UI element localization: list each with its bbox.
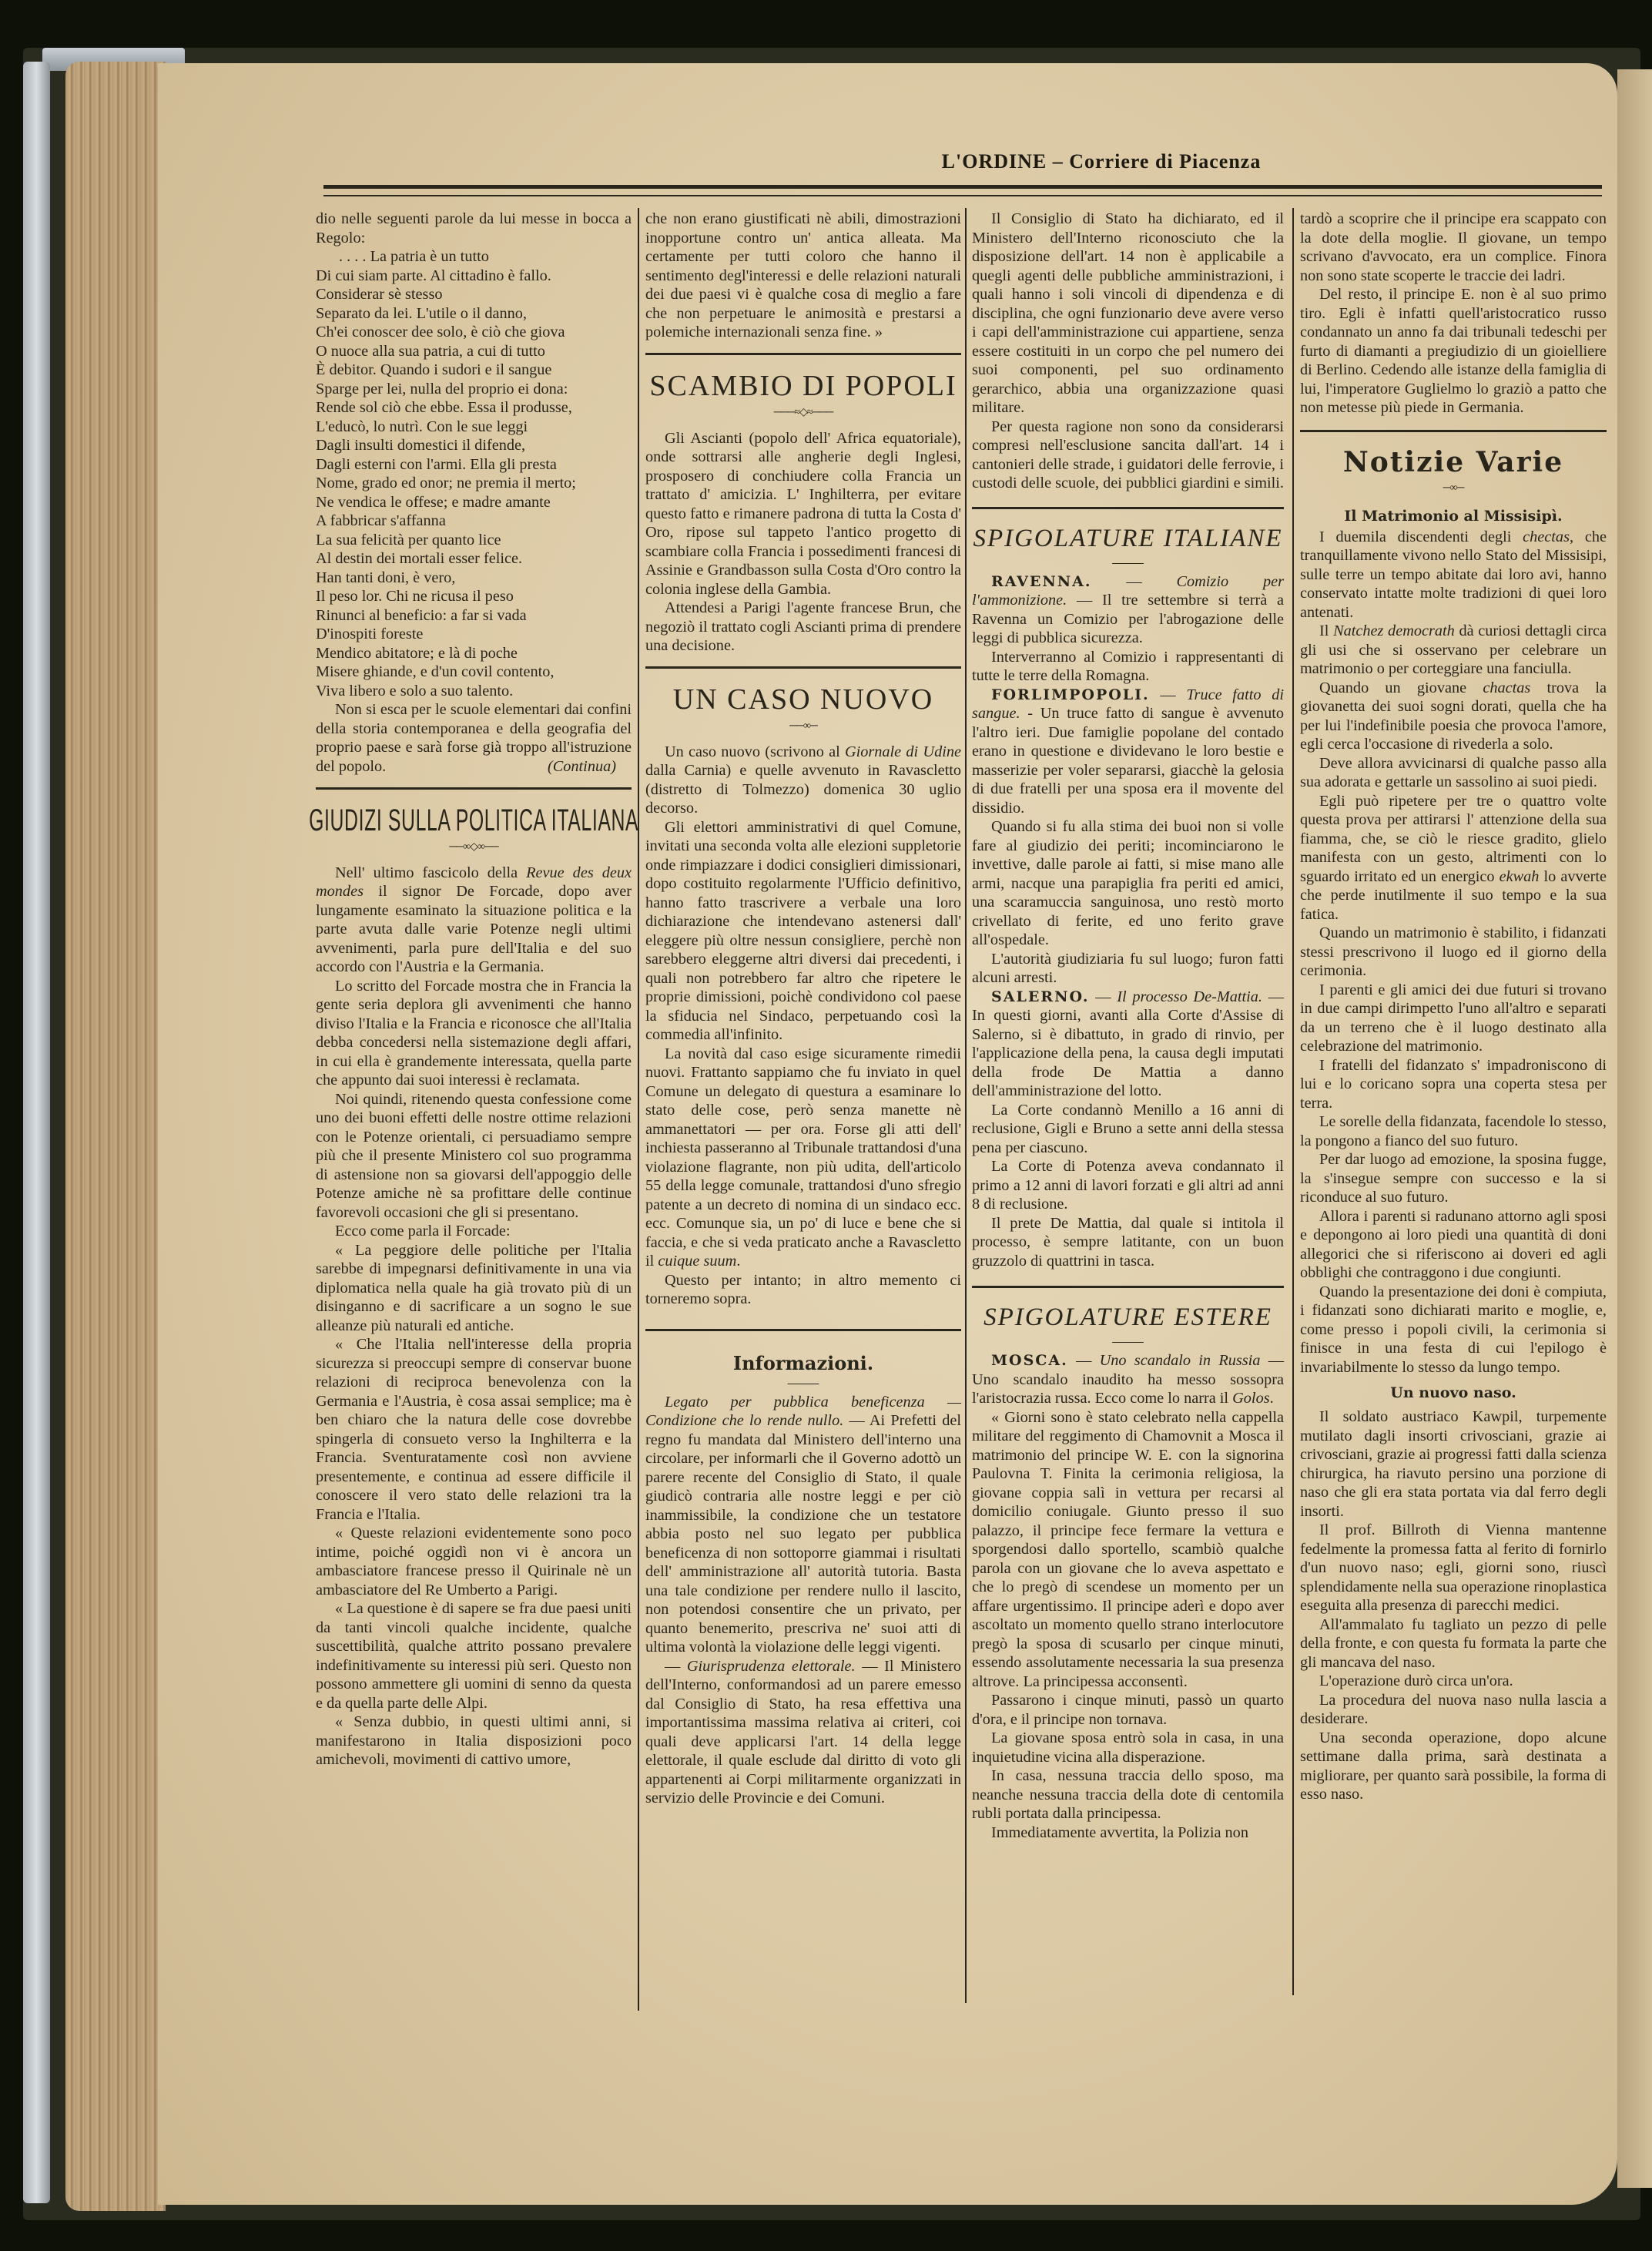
article-paragraph: Deve allora avvicinarsi di qualche passo…: [1300, 754, 1607, 792]
verse-line: Il peso lor. Chi ne ricusa il peso: [316, 587, 632, 606]
article-paragraph: Il Consiglio di Stato ha dichiarato, ed …: [972, 210, 1284, 418]
article-paragraph: I duemila discendenti degli chectas, che…: [1300, 528, 1607, 622]
continuation-text: tardò a scoprire che il principe era sca…: [1300, 210, 1607, 285]
next-page-edge: [1617, 69, 1652, 2188]
section-divider: [645, 666, 961, 672]
news-item-forlimpopoli: FORLIMPOPOLI. — Truce fatto di sangue. -…: [972, 686, 1284, 818]
subheadline-nuovo-naso: Un nuovo naso.: [1300, 1381, 1607, 1404]
article-paragraph: In casa, nessuna traccia dello sposo, ma…: [972, 1766, 1284, 1823]
article-paragraph: L'autorità giudiziaria fu sul luogo; fur…: [972, 950, 1284, 988]
verse-line: Rinunci al beneficio: a far si vada: [316, 606, 632, 626]
verse-line: D'inospiti foreste: [316, 625, 632, 644]
quote-paragraph: « Giorni sono è stato celebrato nella ca…: [972, 1408, 1284, 1692]
verse-line: Di cui siam parte. Al cittadino è fallo.: [316, 267, 632, 286]
article-paragraph: Attendesi a Parigi l'agente francese Bru…: [645, 599, 961, 656]
article-paragraph: Per questa ragione non sono da considera…: [972, 418, 1284, 493]
quote-paragraph: « Queste relazioni evidentemente sono po…: [316, 1524, 632, 1599]
column-3: Il Consiglio di Stato ha dichiarato, ed …: [972, 210, 1284, 1842]
masthead-subtitle: Corriere di Piacenza: [1069, 150, 1261, 173]
masthead: L'ORDINE – Corriere di Piacenza: [308, 150, 1617, 173]
column-rule-2: [965, 208, 967, 2003]
verse-line: . . . . La patria è un tutto: [316, 247, 632, 267]
verse-line: Han tanti doni, è vero,: [316, 569, 632, 588]
article-paragraph: Ecco come parla il Forcade:: [316, 1222, 632, 1241]
section-divider: [972, 507, 1284, 512]
article-paragraph: Quando un matrimonio è stabilito, i fida…: [1300, 924, 1607, 981]
verse-line: Sparge per lei, nulla del proprio ei don…: [316, 380, 632, 399]
section-divider: [645, 1329, 961, 1334]
verse-line: La sua felicità per quanto lice: [316, 531, 632, 550]
quote-paragraph: « La peggiore delle politiche per l'Ital…: [316, 1241, 632, 1336]
article-paragraph: — Giurisprudenza elettorale. — Il Minist…: [645, 1657, 961, 1808]
column-2: che non erano giustificati nè abili, dim…: [645, 210, 961, 1808]
masthead-rule: [323, 185, 1602, 196]
verse-line: Nome, grado ed onor; ne premia il merto;: [316, 474, 632, 493]
article-paragraph: Nell' ultimo fascicolo della Revue des d…: [316, 864, 632, 977]
article-paragraph: Del resto, il principe E. non è al suo p…: [1300, 285, 1607, 418]
headline-giudizi: GIUDIZI SULLA POLITICA ITALIANA: [309, 800, 638, 840]
article-paragraph: L'operazione durò circa un'ora.: [1300, 1672, 1607, 1691]
article-paragraph: Passarono i cinque minuti, passò un quar…: [972, 1691, 1284, 1729]
article-paragraph: Quando la presentazione dei doni è compi…: [1300, 1283, 1607, 1377]
article-paragraph: Gli Ascianti (popolo dell' Africa equato…: [645, 429, 961, 599]
article-paragraph: Lo scritto del Forcade mostra che in Fra…: [316, 977, 632, 1090]
news-item-mosca: MOSCA. — Uno scandalo in Russia — Uno sc…: [972, 1351, 1284, 1408]
article-paragraph: Immediatamente avvertita, la Polizia non: [972, 1823, 1284, 1843]
article-paragraph: Questo per intanto; in altro memento ci …: [645, 1271, 961, 1309]
headline-scambio: SCAMBIO DI POPOLI: [645, 366, 961, 406]
article-paragraph: All'ammalato fu tagliato un pezzo di pel…: [1300, 1615, 1607, 1672]
article-paragraph: Noi quindi, ritenendo questa confessione…: [316, 1090, 632, 1223]
verse-line: Considerar sè stesso: [316, 285, 632, 304]
article-paragraph: Quando un giovane chactas trova la giova…: [1300, 679, 1607, 754]
news-item-salerno: SALERNO. — Il processo De-Mattia. — In q…: [972, 988, 1284, 1101]
verse-line: A fabbricar s'affanna: [316, 512, 632, 531]
verse-line: Rende sol ciò che ebbe. Essa il produsse…: [316, 398, 632, 418]
verse-block: . . . . La patria è un tuttoDi cui siam …: [316, 247, 632, 700]
dash-ornament: ——: [972, 557, 1284, 568]
section-divider: [972, 1286, 1284, 1291]
article-paragraph: Un caso nuovo (scrivono al Giornale di U…: [645, 743, 961, 818]
quote-paragraph: « La questione è di sapere se fra due pa…: [316, 1599, 632, 1713]
continuation-text: che non erano giustificati nè abili, dim…: [645, 210, 961, 342]
article-paragraph: Quando si fu alla stima dei buoi non si …: [972, 817, 1284, 950]
article-paragraph: Una seconda operazione, dopo alcune sett…: [1300, 1729, 1607, 1804]
article-paragraph: La procedura del nuova naso nulla lascia…: [1300, 1691, 1607, 1729]
column-rule-1: [638, 208, 639, 2011]
quote-paragraph: « Senza dubbio, in questi ultimi anni, s…: [316, 1713, 632, 1770]
article-paragraph: La Corte condannò Menillo a 16 anni di r…: [972, 1101, 1284, 1158]
verse-line: Ne vendica le offese; e madre amante: [316, 493, 632, 512]
masthead-separator: –: [1053, 150, 1064, 173]
section-divider: [645, 353, 961, 358]
verse-line: Separato da lei. L'utile o il danno,: [316, 304, 632, 324]
ornament-icon: ─∞─: [1300, 481, 1607, 495]
ornament-icon: ──∞◇∞──: [316, 840, 632, 854]
metal-clip-left: [23, 62, 50, 2203]
article-paragraph: Legato per pubblica beneficenza — Condiz…: [645, 1393, 961, 1657]
headline-spigolature-estere: SPIGOLATURE ESTERE: [972, 1299, 1284, 1336]
article-paragraph: Egli può ripetere per tre o quattro volt…: [1300, 792, 1607, 924]
verse-line: Misere ghiande, e d'un covil contento,: [316, 663, 632, 682]
verse-line: Al destin dei mortali esser felice.: [316, 549, 632, 569]
page-stack-edge: [65, 62, 166, 2211]
article-paragraph: La Corte di Potenza aveva condannato il …: [972, 1157, 1284, 1214]
ornament-icon: ───≈◇≈───: [645, 406, 961, 420]
article-paragraph: Gli elettori amministrativi di quel Comu…: [645, 818, 961, 1045]
column-4: tardò a scoprire che il principe era sca…: [1300, 210, 1607, 1804]
article-paragraph: La novità dal caso esige sicuramente rim…: [645, 1045, 961, 1271]
article-paragraph: Allora i parenti si radunano attorno agl…: [1300, 1207, 1607, 1283]
article-paragraph: I parenti e gli amici dei due futuri si …: [1300, 981, 1607, 1056]
news-item-ravenna: RAVENNA. — Comizio per l'ammonizione. — …: [972, 572, 1284, 648]
intro-text: dio nelle seguenti parole da lui messe i…: [316, 210, 632, 247]
headline-caso-nuovo: UN CASO NUOVO: [645, 679, 961, 720]
column-1: dio nelle seguenti parole da lui messe i…: [316, 210, 632, 1770]
verse-line: Viva libero e solo a suo talento.: [316, 682, 632, 701]
verse-line: È debitor. Quando i sudori e il sangue: [316, 361, 632, 380]
headline-notizie-varie: Notizie Varie: [1300, 443, 1607, 481]
column-rule-3: [1292, 208, 1294, 1995]
article-paragraph: Il soldato austriaco Kawpil, turpemente …: [1300, 1407, 1607, 1521]
dash-ornament: ——: [645, 1377, 961, 1388]
verse-line: Ch'ei conoscer dee solo, è ciò che giova: [316, 323, 632, 342]
article-paragraph: Il Natchez democrath dà curiosi dettagli…: [1300, 622, 1607, 679]
article-paragraph: Interverranno al Comizio i rappresentant…: [972, 648, 1284, 686]
subheadline-matrimonio: Il Matrimonio al Missisipì.: [1300, 505, 1607, 528]
ornament-icon: ──∞─: [645, 720, 961, 733]
article-paragraph: Le sorelle della fidanzata, facendole lo…: [1300, 1112, 1607, 1150]
verse-line: Dagli esterni con l'armi. Ella gli prest…: [316, 455, 632, 475]
verse-line: Mendico abitatore; e là di poche: [316, 644, 632, 663]
article-paragraph: Il prete De Mattia, dal quale si intitol…: [972, 1214, 1284, 1271]
verse-line: O nuoce alla sua patria, a cui di tutto: [316, 342, 632, 361]
headline-spigolature-italiane: SPIGOLATURE ITALIANE: [972, 520, 1284, 557]
verse-line: L'educò, lo nutrì. Con le sue leggi: [316, 418, 632, 437]
dash-ornament: ——: [972, 1336, 1284, 1347]
article-paragraph: Il prof. Billroth di Vienna mantenne fed…: [1300, 1521, 1607, 1615]
article-paragraph: La giovane sposa entrò sola in casa, in …: [972, 1729, 1284, 1766]
headline-informazioni: Informazioni.: [645, 1350, 961, 1377]
section-divider: [1300, 430, 1607, 435]
masthead-title: L'ORDINE: [942, 150, 1047, 173]
quote-paragraph: « Che l'Italia nell'interesse della prop…: [316, 1335, 632, 1524]
section-divider: [316, 787, 632, 793]
article-paragraph: Per dar luogo ad emozione, la sposina fu…: [1300, 1150, 1607, 1207]
verse-line: Dagli insulti domestici il difende,: [316, 436, 632, 455]
article-paragraph: I fratelli del fidanzato s' impadronisco…: [1300, 1056, 1607, 1113]
